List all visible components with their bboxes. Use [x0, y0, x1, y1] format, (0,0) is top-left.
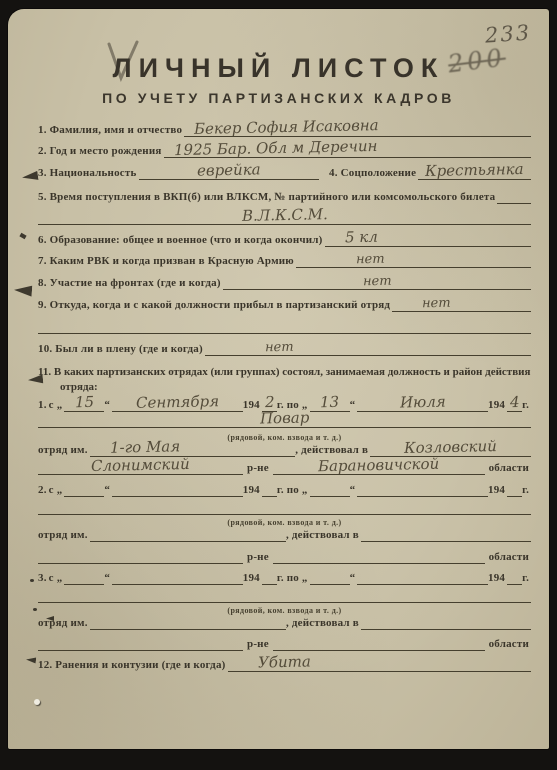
birth-label: 2. Год и место рождения: [38, 145, 164, 158]
entry3-acted-field: [361, 609, 531, 630]
entry3-otryad-row: отряд им. , действовал в: [38, 610, 531, 630]
social-field: Крестьянка: [418, 159, 531, 180]
rvk-field: нет: [296, 247, 531, 268]
social-label: 4. Соцположение: [319, 167, 418, 180]
margin-smudge: [19, 233, 26, 239]
margin-dot: [33, 608, 37, 611]
entry3-rank-row: [38, 583, 531, 603]
fronts-field: нет: [223, 269, 531, 290]
name-field: Бекер София Исаковна: [184, 116, 531, 137]
field-education-row: 6. Образование: общее и военное (что и к…: [38, 227, 531, 247]
margin-smudge: [21, 171, 38, 182]
entry2-district-row: р-не области: [38, 544, 531, 564]
arrival-label: 9. Откуда, когда и с какой должности при…: [38, 299, 392, 312]
entry2-rank-row: [38, 495, 531, 515]
entry1-district-field: Слонимский: [38, 454, 243, 475]
wounds-field: Убита: [228, 651, 531, 672]
field-party-row: 5. Время поступления в ВКП(б) или ВЛКСМ,…: [38, 184, 531, 204]
margin-smudge: [14, 284, 33, 296]
entry3-district-field: [38, 630, 243, 651]
form-subtitle: ПО УЧЕТУ ПАРТИЗАНСКИХ КАДРОВ: [8, 90, 549, 106]
field-arrival-row: 9. Откуда, когда и с какой должности при…: [38, 292, 531, 312]
education-label: 6. Образование: общее и военное (что и к…: [38, 234, 325, 247]
nationality-field: еврейка: [139, 159, 320, 180]
education-field: 5 кл: [325, 226, 531, 247]
form-title: ЛИЧНЫЙ ЛИСТОК: [8, 53, 549, 84]
entry1-district-row: Слонимский р-не Барановичской области: [38, 455, 531, 475]
entry3-oblast-field: [273, 630, 485, 651]
field-nationality-social-row: 3. Национальность еврейка 4. Соцположени…: [38, 160, 531, 180]
field-fronts-row: 8. Участие на фронтах (где и когда) нет: [38, 270, 531, 290]
entry3-otryad-field: [90, 609, 286, 630]
nationality-label: 3. Национальность: [38, 167, 139, 180]
entry1-rank-field: Повар: [38, 407, 531, 428]
entry2-otryad-row: отряд им. , действовал в: [38, 522, 531, 542]
field-arrival-continuation-row: [38, 314, 531, 334]
fronts-label: 8. Участие на фронтах (где и когда): [38, 277, 223, 290]
punch-hole: [34, 699, 40, 705]
field-wounds-row: 12. Ранения и контузии (где и когда) Уби…: [38, 652, 531, 672]
arrival-field-continuation: [38, 313, 531, 334]
scanned-form-page: 233 200 ЛИЧНЫЙ ЛИСТОК ПО УЧЕТУ ПАРТИЗАНС…: [8, 9, 549, 749]
entry2-acted-field: [361, 521, 531, 542]
wounds-label: 12. Ранения и контузии (где и когда): [38, 659, 228, 672]
captivity-field: нет: [205, 335, 531, 356]
field-party-value-row: В.Л.К.С.М.: [38, 205, 531, 225]
margin-dot: [30, 579, 34, 582]
party-label: 5. Время поступления в ВКП(б) или ВЛКСМ,…: [38, 191, 497, 204]
district-label: р-не: [243, 462, 273, 475]
field-birth-row: 2. Год и место рождения 1925 Бар. Обл м …: [38, 138, 531, 158]
entry2-rank-field: [38, 494, 531, 515]
birth-field: 1925 Бар. Обл м Деречин: [164, 137, 531, 158]
margin-smudge: [26, 656, 37, 663]
captivity-label: 10. Был ли в плену (где и когда): [38, 343, 205, 356]
entry2-oblast-field: [273, 543, 485, 564]
entry2-otryad-field: [90, 521, 286, 542]
field-rvk-row: 7. Каким РВК и когда призван в Красную А…: [38, 248, 531, 268]
entry1-rank-row: Повар: [38, 408, 531, 428]
entry2-district-field: [38, 543, 243, 564]
entry3-district-row: р-не области: [38, 631, 531, 651]
oblast-label: области: [485, 462, 531, 475]
entry3-rank-field: [38, 582, 531, 603]
field-name-row: 1. Фамилия, имя и отчество Бекер София И…: [38, 117, 531, 137]
rvk-label: 7. Каким РВК и когда призван в Красную А…: [38, 255, 296, 268]
party-field: В.Л.К.С.М.: [38, 204, 531, 225]
party-field-tail: [497, 183, 531, 204]
entry1-oblast-field: Барановичской: [273, 454, 485, 475]
name-label: 1. Фамилия, имя и отчество: [38, 124, 184, 137]
field-captivity-row: 10. Был ли в плену (где и когда) нет: [38, 336, 531, 356]
arrival-field: нет: [392, 291, 531, 312]
page-number-pencil: 233: [484, 20, 532, 47]
